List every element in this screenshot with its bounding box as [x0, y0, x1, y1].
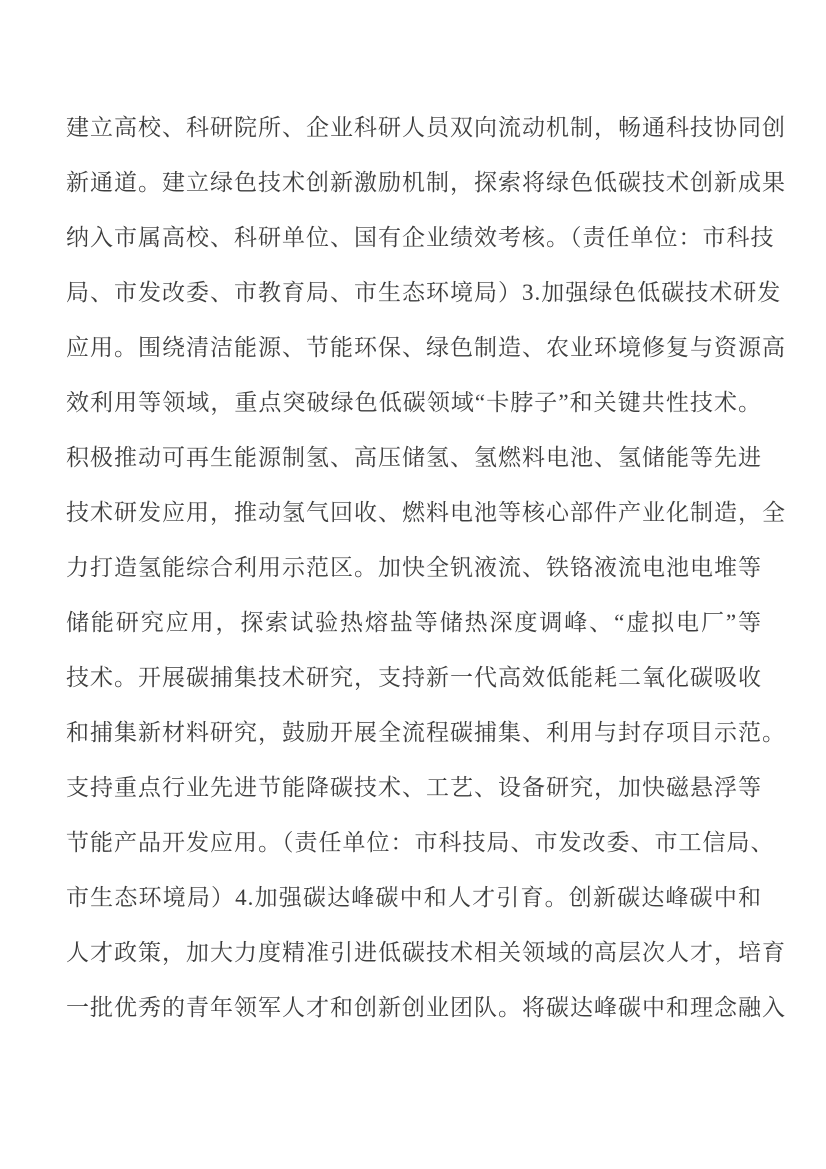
body-text-block: 建立高校、科研院所、企业科研人员双向流动机制，畅通科技协同创 新通道。建立绿色技…	[66, 100, 762, 1035]
paragraph-line: 支持重点行业先进节能降碳技术、工艺、设备研究，加快磁悬浮等	[66, 760, 762, 815]
paragraph-line: 纳入市属高校、科研单位、国有企业绩效考核。（责任单位：市科技	[66, 210, 762, 265]
paragraph-line: 技术研发应用，推动氢气回收、燃料电池等核心部件产业化制造，全	[66, 485, 762, 540]
paragraph-line: 积极推动可再生能源制氢、高压储氢、氢燃料电池、氢储能等先进	[66, 430, 762, 485]
paragraph-line: 储能研究应用，探索试验热熔盐等储热深度调峰、“虚拟电厂”等	[66, 595, 762, 650]
paragraph-line: 新通道。建立绿色技术创新激励机制，探索将绿色低碳技术创新成果	[66, 155, 762, 210]
paragraph-line: 效利用等领域，重点突破绿色低碳领域“卡脖子”和关键共性技术。	[66, 375, 762, 430]
paragraph-line: 技术。开展碳捕集技术研究，支持新一代高效低能耗二氧化碳吸收	[66, 650, 762, 705]
paragraph-line: 市生态环境局）4.加强碳达峰碳中和人才引育。创新碳达峰碳中和	[66, 870, 762, 925]
paragraph-line: 和捕集新材料研究，鼓励开展全流程碳捕集、利用与封存项目示范。	[66, 705, 762, 760]
paragraph-line: 应用。围绕清洁能源、节能环保、绿色制造、农业环境修复与资源高	[66, 320, 762, 375]
paragraph-line: 建立高校、科研院所、企业科研人员双向流动机制，畅通科技协同创	[66, 100, 762, 155]
paragraph-line: 节能产品开发应用。（责任单位：市科技局、市发改委、市工信局、	[66, 815, 762, 870]
paragraph-line: 局、市发改委、市教育局、市生态环境局）3.加强绿色低碳技术研发	[66, 265, 762, 320]
paragraph-line: 一批优秀的青年领军人才和创新创业团队。将碳达峰碳中和理念融入	[66, 980, 762, 1035]
document-page: 建立高校、科研院所、企业科研人员双向流动机制，畅通科技协同创 新通道。建立绿色技…	[0, 0, 826, 1169]
paragraph-line: 人才政策，加大力度精准引进低碳技术相关领域的高层次人才，培育	[66, 925, 762, 980]
paragraph-line: 力打造氢能综合利用示范区。加快全钒液流、铁铬液流电池电堆等	[66, 540, 762, 595]
